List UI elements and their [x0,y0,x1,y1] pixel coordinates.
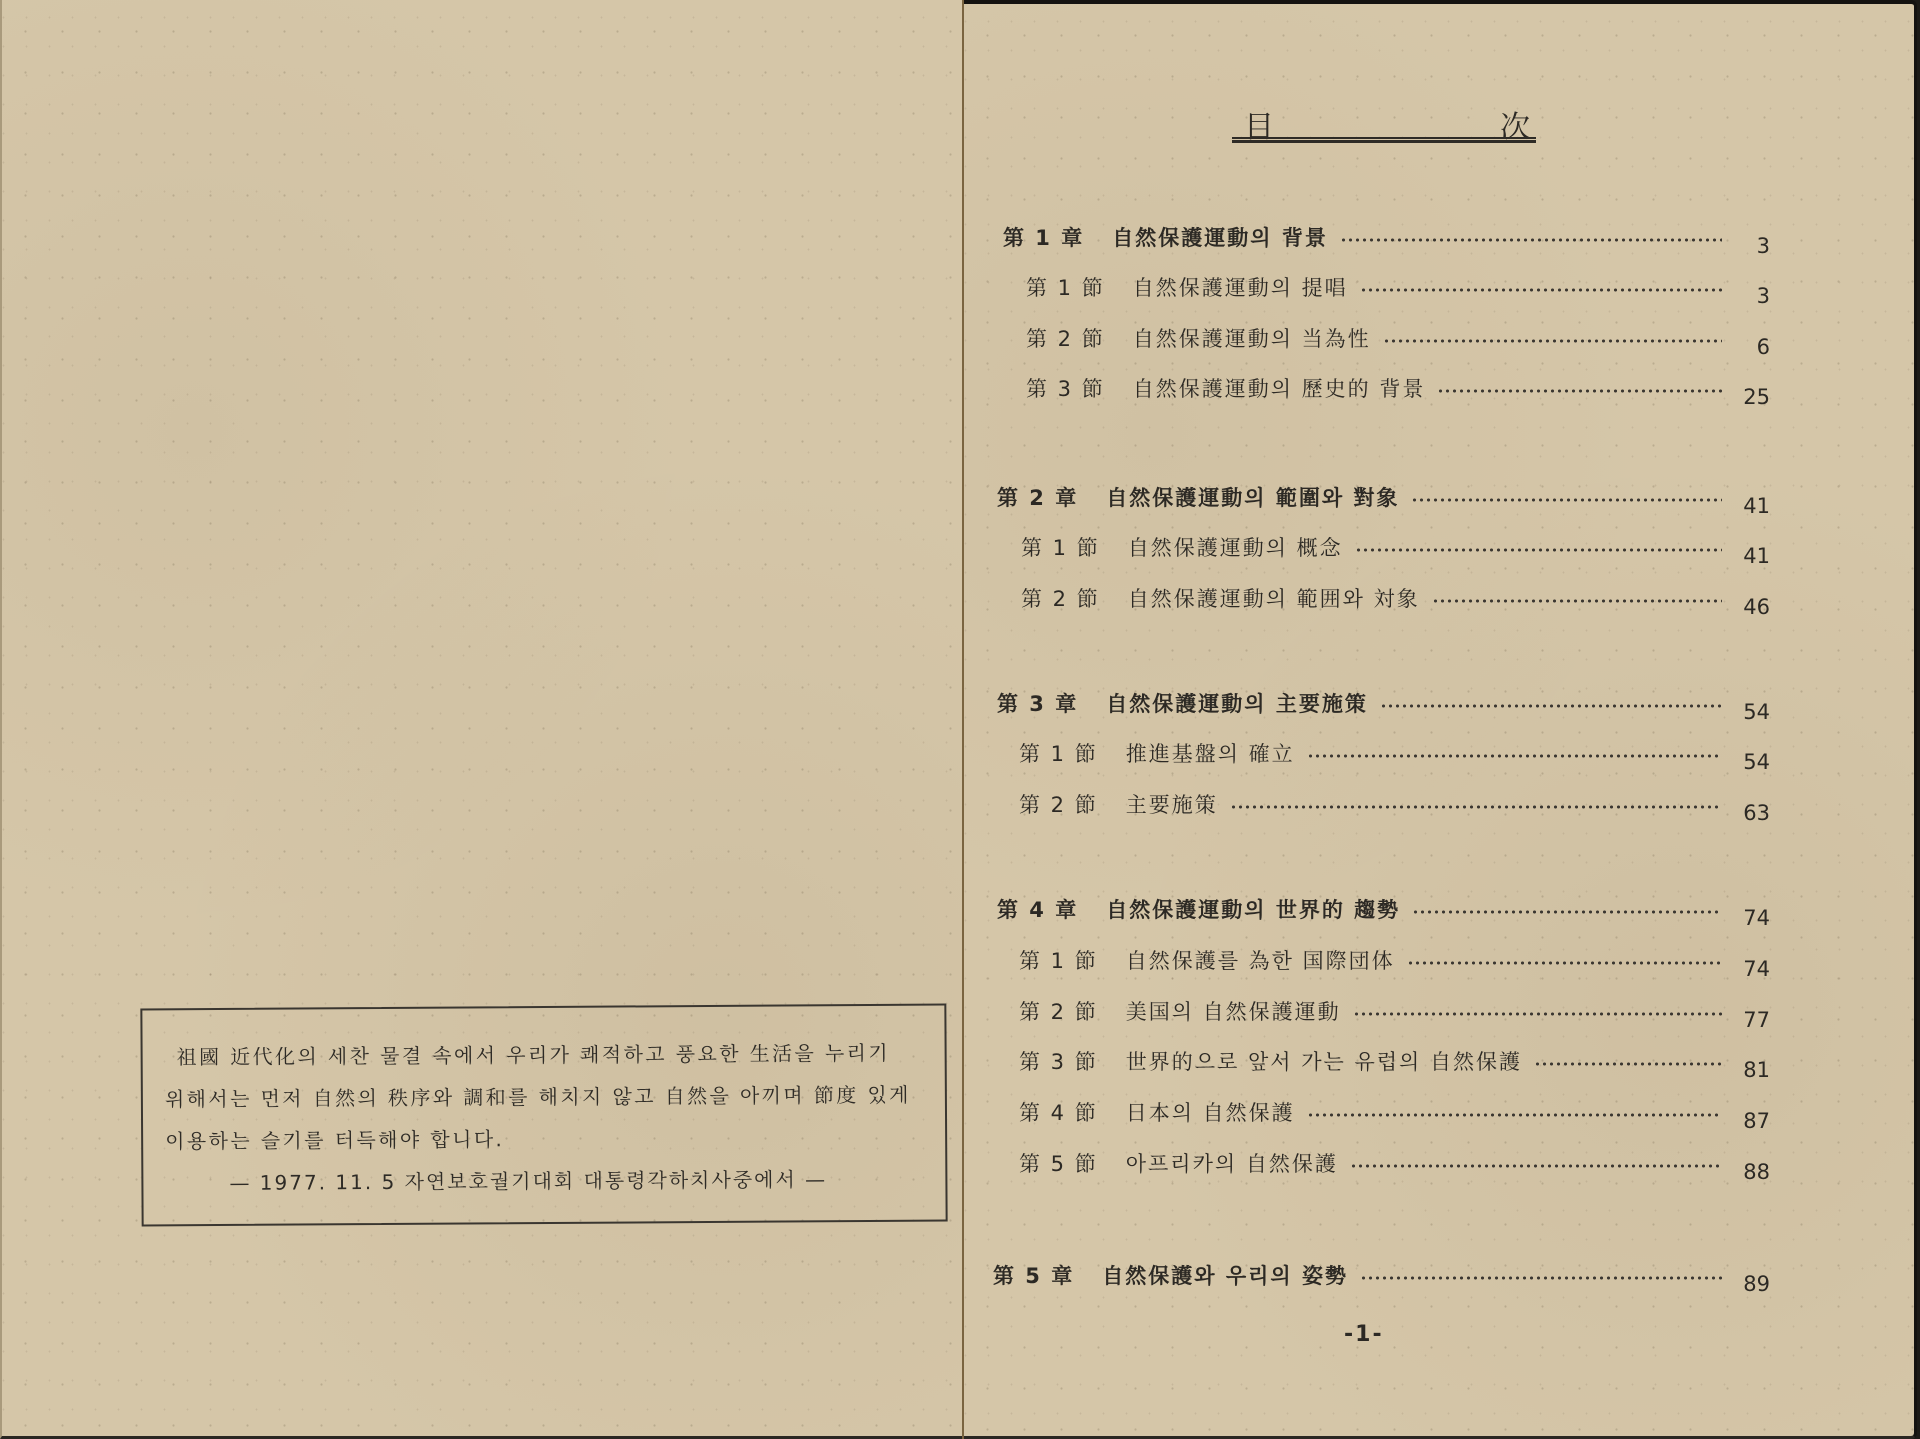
book-spread: 祖國 近代化의 세찬 물결 속에서 우리가 쾌적하고 풍요한 生活을 누리기 위… [0,0,1920,1439]
dot-leader [1360,1276,1722,1280]
dot-leader [1340,238,1722,242]
toc-entry-page: 25 [1732,385,1770,409]
toc-entry-number: 第 3 節 [1026,373,1105,403]
toc-entry-number: 第 1 節 [1021,532,1100,562]
toc-entry-page: 6 [1732,335,1770,359]
toc-entry-number: 第 5 章 [993,1260,1074,1290]
toc-section-entry: 第 2 節美国의 自然保護運動77 [1019,996,1770,1026]
toc-entry-number: 第 2 節 [1021,583,1100,613]
toc-entry-page: 77 [1732,1008,1770,1032]
dot-leader [1437,389,1722,393]
toc-entry-page: 54 [1732,750,1770,774]
toc-entry-title: 自然保護運動의 範圍와 對象 [1106,482,1399,512]
toc-section-entry: 第 1 節自然保護運動의 提唱3 [1026,272,1770,302]
toc-entry-number: 第 1 章 [1003,222,1084,252]
toc-entry-number: 第 5 節 [1019,1148,1098,1178]
toc-entry-title: 主要施策 [1126,789,1218,819]
toc-entry-number: 第 1 節 [1026,272,1105,302]
dot-leader [1360,288,1722,292]
dot-leader [1350,1164,1722,1168]
toc-chapter-entry: 第 3 章自然保護運動의 主要施策54 [997,688,1770,718]
toc-section-entry: 第 2 節自然保護運動의 範囲와 対象46 [1021,583,1770,613]
toc-entry-page: 87 [1732,1109,1770,1133]
toc-entry-page: 46 [1732,595,1770,619]
toc-chapter-entry: 第 5 章自然保護와 우리의 姿勢89 [993,1260,1770,1290]
toc-entry-title: 自然保護運動의 範囲와 対象 [1128,583,1420,613]
toc-entry-page: 3 [1732,284,1770,308]
toc-entry-title: 自然保護運動의 歷史的 背景 [1133,373,1426,403]
toc-entry-page: 54 [1732,700,1770,724]
dot-leader [1412,910,1722,914]
toc-section-entry: 第 1 節自然保護를 為한 国際団体74 [1019,945,1770,975]
toc-section-entry: 第 1 節推進基盤의 確立54 [1019,738,1770,768]
toc-entry-page: 81 [1732,1058,1770,1082]
toc-entry-title: 推進基盤의 確立 [1126,738,1295,768]
dot-leader [1230,805,1722,809]
dot-leader [1307,1113,1722,1117]
dot-leader [1383,339,1722,343]
toc-entry-page: 89 [1732,1272,1770,1296]
toc-entry-number: 第 2 章 [997,482,1078,512]
toc-entry-title: 世界的으로 앞서 가는 유럽의 自然保護 [1126,1046,1522,1076]
toc-entry-title: 自然保護運動의 主要施策 [1106,688,1368,718]
toc-entry-number: 第 4 節 [1019,1097,1098,1127]
toc-section-entry: 第 3 節世界的으로 앞서 가는 유럽의 自然保護81 [1019,1046,1770,1076]
toc-section-entry: 第 5 節아프리카의 自然保護88 [1019,1148,1770,1178]
dot-leader [1534,1062,1722,1066]
page-number: -1- [1344,1322,1384,1347]
toc-entry-title: 自然保護運動의 世界的 趨勢 [1106,894,1400,924]
toc-entry-page: 3 [1732,234,1770,258]
toc-section-entry: 第 2 節主要施策63 [1019,789,1770,819]
toc-entry-number: 第 4 章 [997,894,1078,924]
toc-entry-number: 第 1 節 [1019,738,1098,768]
toc-entry-page: 74 [1732,906,1770,930]
toc-entry-page: 63 [1732,801,1770,825]
toc-chapter-entry: 第 4 章自然保護運動의 世界的 趨勢74 [997,894,1770,924]
dot-leader [1380,704,1722,708]
dot-leader [1353,1012,1722,1016]
dot-leader [1432,599,1722,603]
toc-entry-title: 自然保護運動의 提唱 [1133,272,1348,302]
toc-entry-number: 第 2 節 [1019,789,1098,819]
toc-entry-title: 日本의 自然保護 [1126,1097,1295,1127]
toc-section-entry: 第 4 節日本의 自然保護87 [1019,1097,1770,1127]
toc-entry-title: 自然保護運動의 背景 [1112,222,1328,252]
toc-entry-page: 88 [1732,1160,1770,1184]
toc-entry-number: 第 2 節 [1026,323,1105,353]
toc-entry-title: 自然保護運動의 当為性 [1133,323,1371,353]
toc-entry-number: 第 3 章 [997,688,1078,718]
toc-entry-title: 美国의 自然保護運動 [1126,996,1341,1026]
toc-entry-page: 41 [1732,494,1770,518]
toc-section-entry: 第 1 節自然保護運動의 概念41 [1021,532,1770,562]
toc-entry-title: 아프리카의 自然保護 [1126,1148,1338,1178]
dot-leader [1407,961,1722,965]
toc-entry-number: 第 1 節 [1019,945,1098,975]
dot-leader [1355,548,1722,552]
toc-entry-title: 自然保護와 우리의 姿勢 [1102,1260,1348,1290]
toc-entry-number: 第 3 節 [1019,1046,1098,1076]
dot-leader [1307,754,1722,758]
toc-entry-number: 第 2 節 [1019,996,1098,1026]
toc-chapter-entry: 第 2 章自然保護運動의 範圍와 對象41 [997,482,1770,512]
toc-section-entry: 第 3 節自然保護運動의 歷史的 背景25 [1026,373,1770,403]
toc-entry-page: 41 [1732,544,1770,568]
toc-entry-title: 自然保護를 為한 国際団体 [1126,945,1395,975]
toc-entry-page: 74 [1732,957,1770,981]
toc-section-entry: 第 2 節自然保護運動의 当為性6 [1026,323,1770,353]
toc-entry-title: 自然保護運動의 概念 [1128,532,1343,562]
dot-leader [1411,498,1722,502]
table-of-contents: 第 1 章自然保護運動의 背景3第 1 節自然保護運動의 提唱3第 2 節自然保… [0,0,1920,1439]
toc-chapter-entry: 第 1 章自然保護運動의 背景3 [1003,222,1770,252]
